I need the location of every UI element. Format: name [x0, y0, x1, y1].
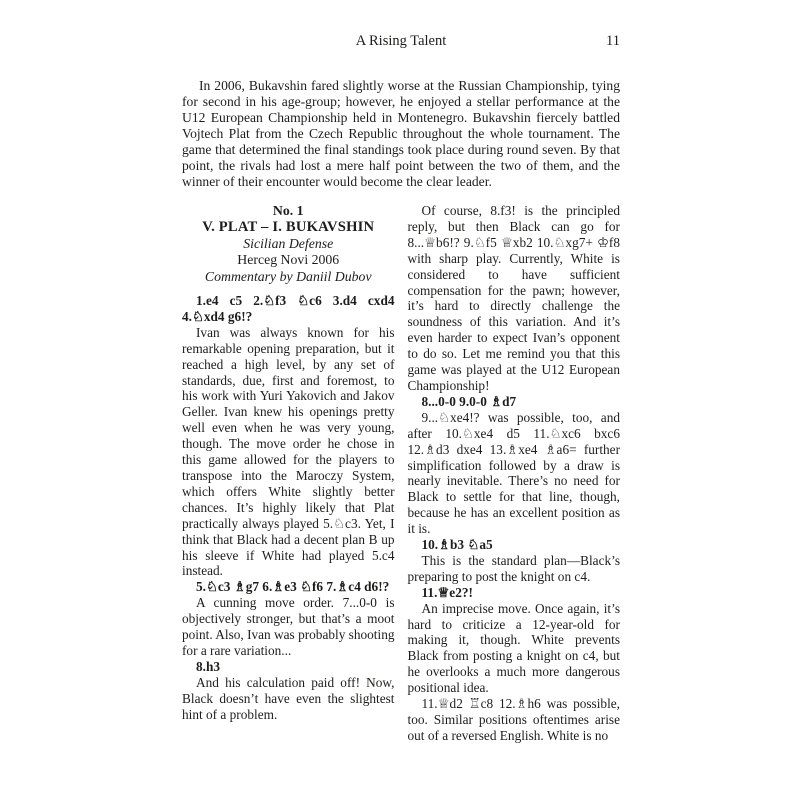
page-number: 11	[606, 33, 620, 49]
game-players: V. PLAT – I. BUKAVSHIN	[182, 219, 395, 235]
commentary-paragraph: An imprecise move. Once again, it’s hard…	[408, 601, 621, 696]
game-commentator: Commentary by Daniil Dubov	[182, 269, 395, 285]
commentary-paragraph: Of course, 8.f3! is the principled reply…	[408, 203, 621, 394]
move-paragraph: 8.h3	[182, 659, 395, 675]
move-paragraph: 8...0-0 9.0-0 ♗d7	[408, 394, 621, 410]
book-page: A Rising Talent 11 In 2006, Bukavshin fa…	[0, 0, 800, 800]
move-paragraph: 1.e4 c5 2.♘f3 ♘c6 3.d4 cxd4 4.♘xd4 g6!?	[182, 293, 395, 325]
move-paragraph: 5.♘c3 ♗g7 6.♗e3 ♘f6 7.♗c4 d6!?	[182, 579, 395, 595]
two-column-layout: No. 1 V. PLAT – I. BUKAVSHIN Sicilian De…	[182, 203, 620, 744]
chapter-title: A Rising Talent	[356, 33, 447, 49]
commentary-paragraph: 11.♕d2 ♖c8 12.♗h6 was possible, too. Sim…	[408, 696, 621, 744]
commentary-paragraph: This is the standard plan—Black’s prepar…	[408, 553, 621, 585]
commentary-paragraph: A cunning move order. 7...0-0 is objecti…	[182, 595, 395, 659]
commentary-paragraph: And his calculation paid off! Now, Black…	[182, 675, 395, 723]
commentary-paragraph: Ivan was always known for his remarkable…	[182, 325, 395, 580]
running-head: A Rising Talent 11	[182, 33, 620, 49]
left-column: No. 1 V. PLAT – I. BUKAVSHIN Sicilian De…	[182, 203, 395, 744]
game-header: No. 1 V. PLAT – I. BUKAVSHIN Sicilian De…	[182, 203, 395, 285]
game-opening: Sicilian Defense	[182, 236, 395, 252]
game-number: No. 1	[182, 203, 395, 219]
intro-paragraph: In 2006, Bukavshin fared slightly worse …	[182, 78, 620, 190]
move-paragraph: 10.♗b3 ♘a5	[408, 537, 621, 553]
right-column: Of course, 8.f3! is the principled reply…	[408, 203, 621, 744]
game-event: Herceg Novi 2006	[182, 252, 395, 268]
commentary-paragraph: 9...♘xe4!? was possible, too, and after …	[408, 410, 621, 537]
move-paragraph: 11.♕e2?!	[408, 585, 621, 601]
